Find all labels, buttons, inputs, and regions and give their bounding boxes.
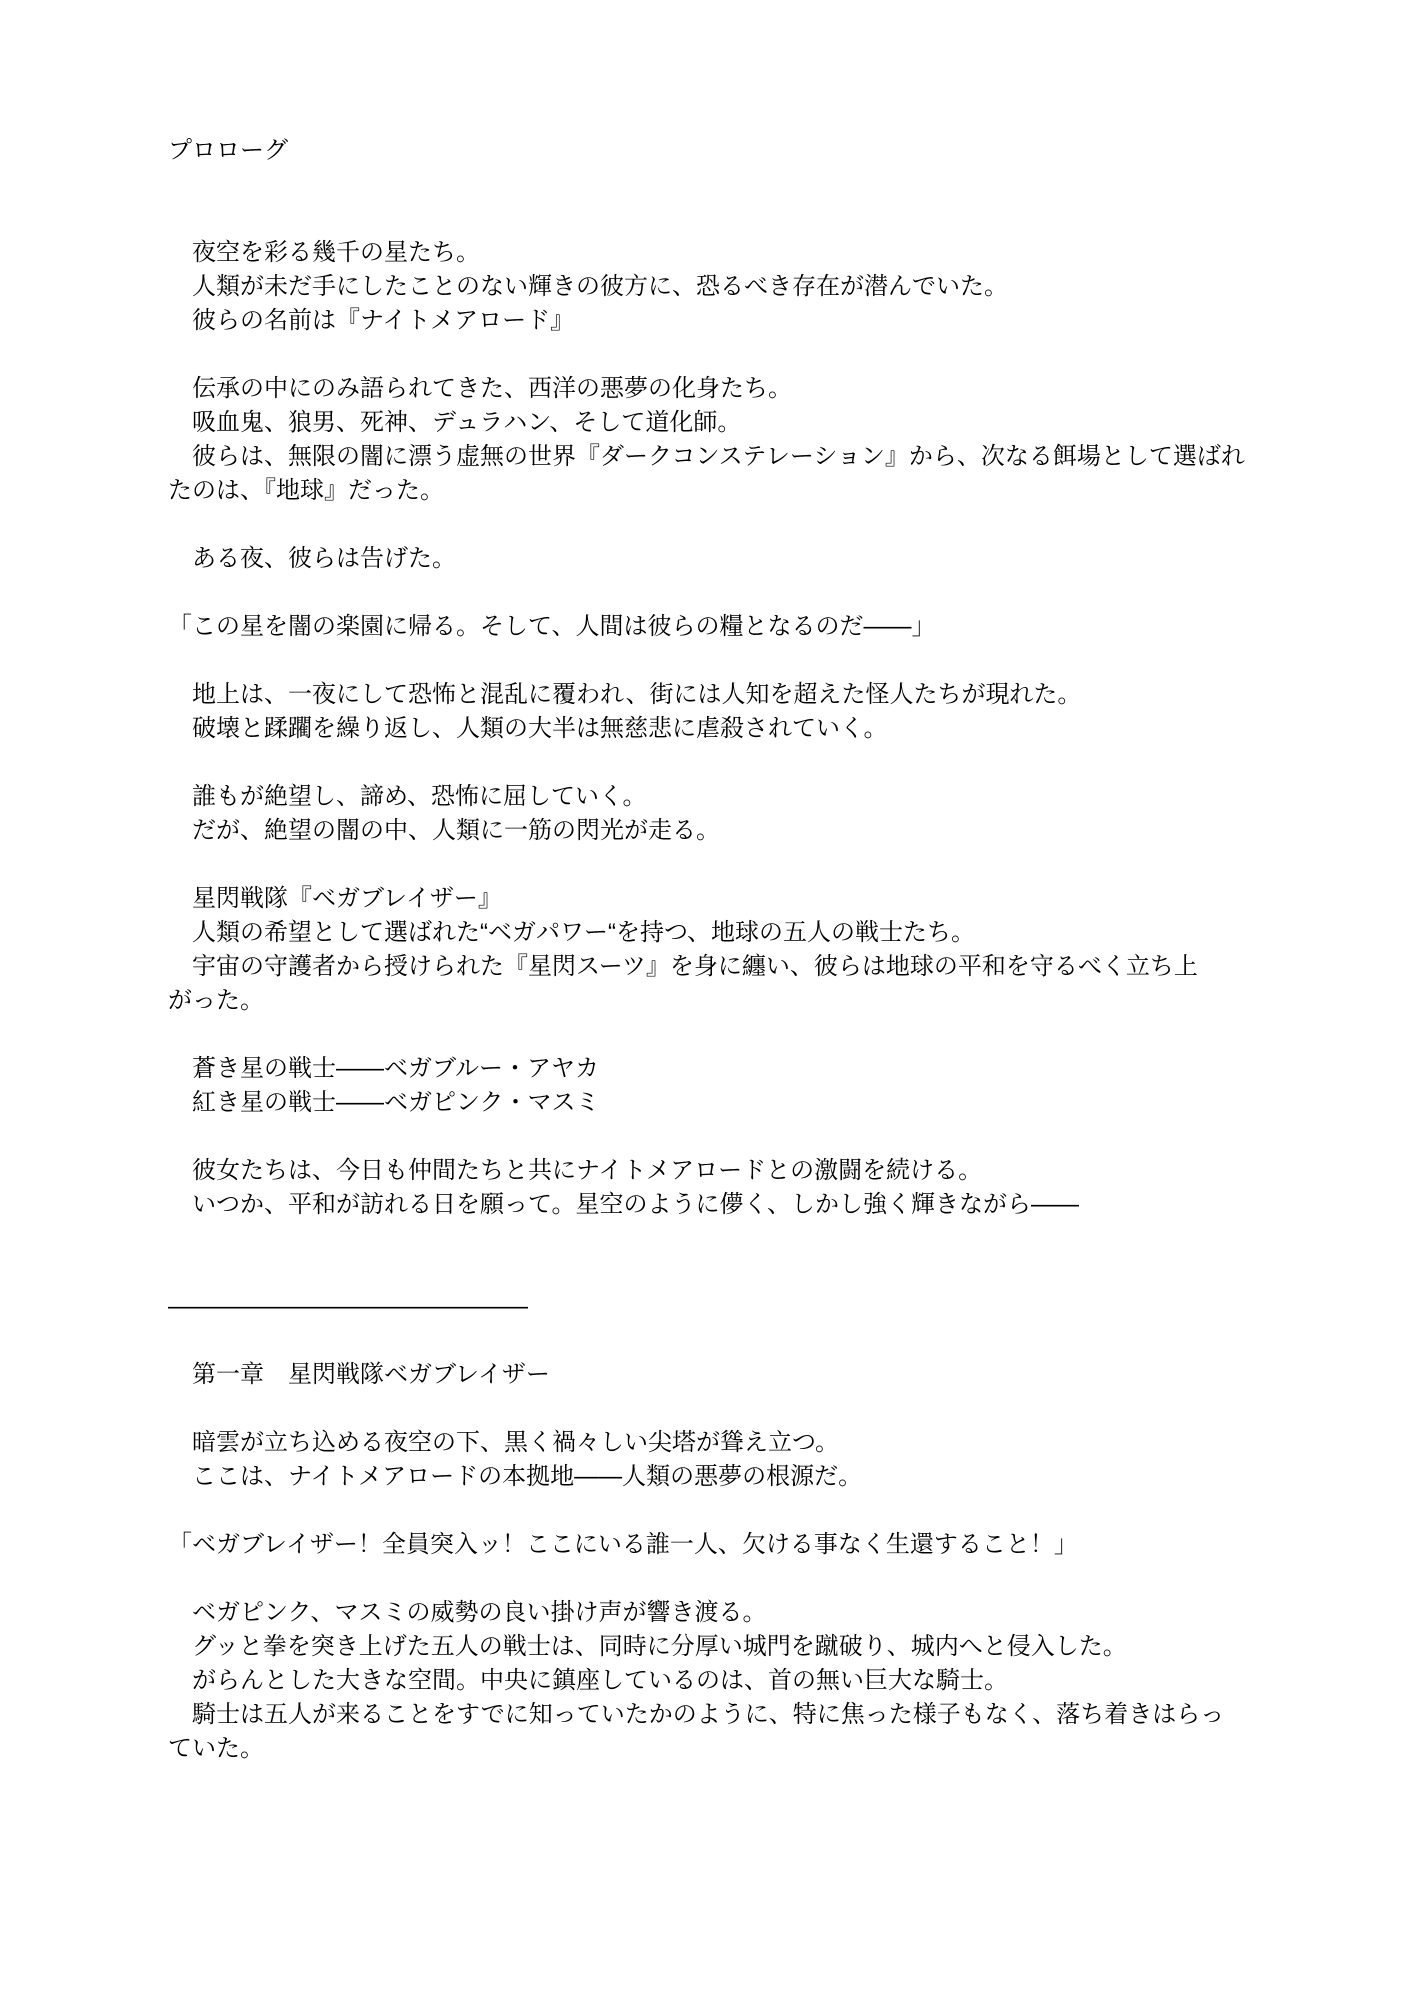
blank-line bbox=[168, 644, 1348, 678]
blank-line bbox=[168, 1562, 1348, 1596]
blank-line bbox=[168, 1392, 1348, 1426]
blank-line bbox=[168, 746, 1348, 780]
blank-line bbox=[168, 1256, 1348, 1290]
paragraph: 地上は、一夜にして恐怖と混乱に覆われ、街には人知を超えた怪人たちが現れた。 破壊… bbox=[168, 678, 1348, 746]
page-title: プロローグ bbox=[168, 134, 1348, 168]
section-heading: 第一章 星閃戦隊ベガブレイザー bbox=[168, 1358, 1348, 1392]
paragraph: 蒼き星の戦士――ベガブルー・アヤカ 紅き星の戦士――ベガピンク・マスミ bbox=[168, 1052, 1348, 1120]
blank-line bbox=[168, 508, 1348, 542]
blank-line bbox=[168, 1324, 1348, 1358]
separator-line: ――――――――――――――― bbox=[168, 1290, 1348, 1324]
paragraph: 誰もが絶望し、諦め、恐怖に屈していく。 だが、絶望の闇の中、人類に一筋の閃光が走… bbox=[168, 780, 1348, 848]
blank-line bbox=[168, 202, 1348, 236]
dialogue-line: 「ベガブレイザー！全員突入ッ！ここにいる誰一人、欠ける事なく生還すること！」 bbox=[168, 1528, 1348, 1562]
blank-line bbox=[168, 576, 1348, 610]
blank-line bbox=[168, 168, 1348, 202]
paragraph: ベガピンク、マスミの威勢の良い掛け声が響き渡る。 グッと拳を突き上げた五人の戦士… bbox=[168, 1596, 1348, 1766]
paragraph: 星閃戦隊『ベガブレイザー』 人類の希望として選ばれた“ベガパワー“を持つ、地球の… bbox=[168, 882, 1348, 1018]
dialogue-line: 「この星を闇の楽園に帰る。そして、人間は彼らの糧となるのだ――」 bbox=[168, 610, 1348, 644]
blank-line bbox=[168, 1222, 1348, 1256]
blank-line bbox=[168, 1120, 1348, 1154]
paragraph: 彼女たちは、今日も仲間たちと共にナイトメアロードとの激闘を続ける。 いつか、平和… bbox=[168, 1154, 1348, 1222]
paragraph: 夜空を彩る幾千の星たち。 人類が未だ手にしたことのない輝きの彼方に、恐るべき存在… bbox=[168, 236, 1348, 338]
blank-line bbox=[168, 1018, 1348, 1052]
document-body: プロローグ 夜空を彩る幾千の星たち。 人類が未だ手にしたことのない輝きの彼方に、… bbox=[168, 134, 1348, 1766]
paragraph: 伝承の中にのみ語られてきた、西洋の悪夢の化身たち。 吸血鬼、狼男、死神、デュラハ… bbox=[168, 372, 1348, 508]
blank-line bbox=[168, 1494, 1348, 1528]
paragraph: 暗雲が立ち込める夜空の下、黒く禍々しい尖塔が聳え立つ。 ここは、ナイトメアロード… bbox=[168, 1426, 1348, 1494]
blank-line bbox=[168, 848, 1348, 882]
document-page: プロローグ 夜空を彩る幾千の星たち。 人類が未だ手にしたことのない輝きの彼方に、… bbox=[0, 0, 1414, 2000]
paragraph: ある夜、彼らは告げた。 bbox=[168, 542, 1348, 576]
blank-line bbox=[168, 338, 1348, 372]
